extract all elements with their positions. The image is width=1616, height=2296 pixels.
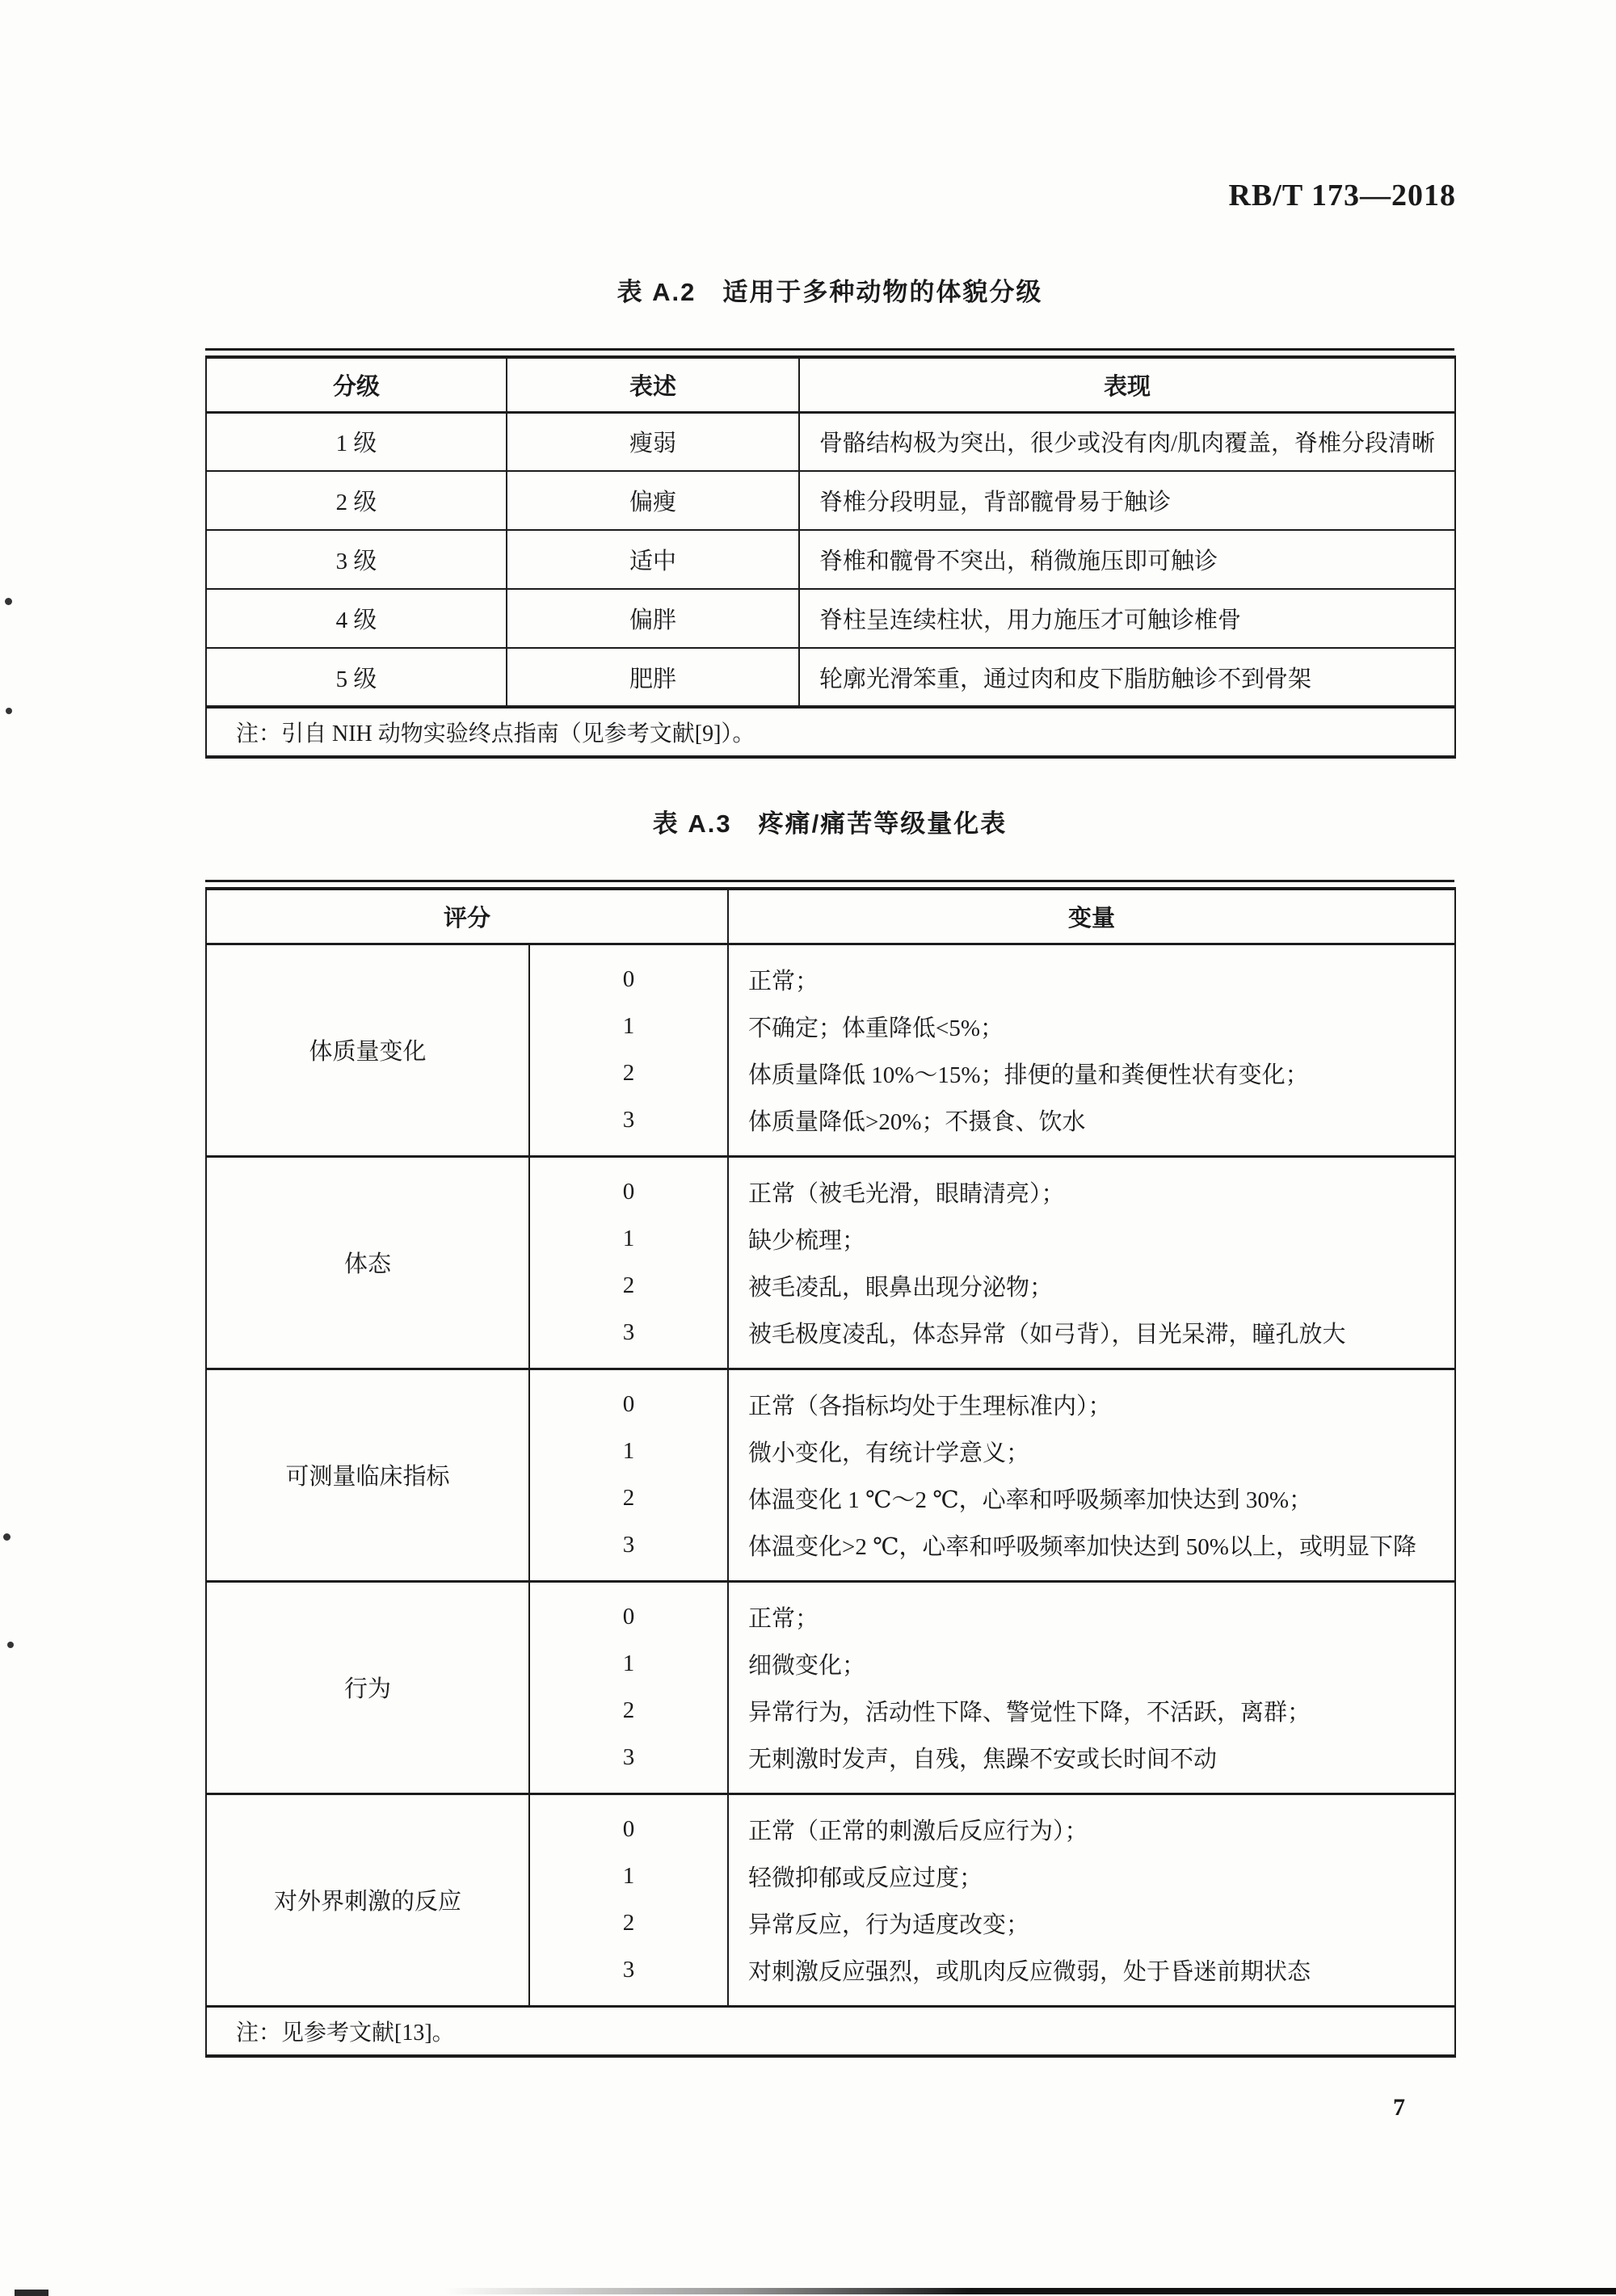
table-row: 可测量临床指标 0 1 2 3 正常（各指标均处于生理标准内）； 微小变化，有统… bbox=[206, 1369, 1455, 1581]
grade-cell: 1 级 bbox=[206, 412, 507, 471]
score-value: 2 bbox=[530, 1050, 727, 1097]
table-row: 2 级 偏瘦 脊椎分段明显，背部髋骨易于触诊 bbox=[206, 471, 1455, 530]
table-a2: 分级 表述 表现 1 级 瘦弱 骨骼结构极为突出，很少或没有肉/肌肉覆盖，脊椎分… bbox=[205, 355, 1456, 759]
term-cell: 肥胖 bbox=[507, 648, 799, 707]
variable-line: 被毛凌乱，眼鼻出现分泌物； bbox=[729, 1263, 1454, 1310]
score-value: 3 bbox=[530, 1310, 727, 1356]
score-value: 0 bbox=[530, 1806, 727, 1853]
variable-line: 不确定；体重降低<5%； bbox=[729, 1003, 1454, 1050]
variable-line: 正常（各指标均处于生理标准内）； bbox=[729, 1381, 1454, 1428]
term-cell: 偏瘦 bbox=[507, 471, 799, 530]
table-row: 体态 0 1 2 3 正常（被毛光滑，眼睛清亮）； 缺少梳理； 被毛凌乱，眼鼻出… bbox=[206, 1156, 1455, 1369]
score-value: 0 bbox=[530, 957, 727, 1003]
score-value: 3 bbox=[530, 1522, 727, 1569]
term-cell: 瘦弱 bbox=[507, 412, 799, 471]
table-row: 体质量变化 0 1 2 3 正常； 不确定；体重降低<5%； 体质量降低 10%… bbox=[206, 944, 1455, 1156]
score-cell: 0 1 2 3 bbox=[529, 1581, 728, 1793]
a3-header-score: 评分 bbox=[206, 889, 728, 944]
table-row: 1 级 瘦弱 骨骼结构极为突出，很少或没有肉/肌肉覆盖，脊椎分段清晰 bbox=[206, 412, 1455, 471]
variable-cell: 正常（正常的刺激后反应行为）； 轻微抑郁或反应过度； 异常反应，行为适度改变； … bbox=[728, 1793, 1455, 2006]
scan-edge-line bbox=[444, 2288, 1616, 2294]
table-row: 3 级 适中 脊椎和髋骨不突出，稍微施压即可触诊 bbox=[206, 530, 1455, 589]
grade-cell: 2 级 bbox=[206, 471, 507, 530]
desc-cell: 骨骼结构极为突出，很少或没有肉/肌肉覆盖，脊椎分段清晰 bbox=[799, 412, 1455, 471]
variable-line: 体质量降低 10%～15%；排便的量和粪便性状有变化； bbox=[729, 1050, 1454, 1097]
a2-header-term: 表述 bbox=[507, 357, 799, 412]
table-note-row: 注：见参考文献[13]。 bbox=[206, 2006, 1455, 2056]
table-row: 5 级 肥胖 轮廓光滑笨重，通过肉和皮下脂肪触诊不到骨架 bbox=[206, 648, 1455, 707]
scan-speck bbox=[6, 708, 12, 714]
category-cell: 体质量变化 bbox=[206, 944, 529, 1156]
variable-line: 异常反应，行为适度改变； bbox=[729, 1900, 1454, 1947]
scan-speck bbox=[3, 1533, 11, 1541]
term-cell: 偏胖 bbox=[507, 589, 799, 648]
category-cell: 可测量临床指标 bbox=[206, 1369, 529, 1581]
variable-line: 正常（被毛光滑，眼睛清亮）； bbox=[729, 1169, 1454, 1216]
table-a3: 评分 变量 体质量变化 0 1 2 3 正常； 不确定；体重降低<5%； bbox=[205, 887, 1456, 2058]
variable-cell: 正常； 细微变化； 异常行为，活动性下降、警觉性下降，不活跃，离群； 无刺激时发… bbox=[728, 1581, 1455, 1793]
variable-cell: 正常（各指标均处于生理标准内）； 微小变化，有统计学意义； 体温变化 1 ℃～2… bbox=[728, 1369, 1455, 1581]
score-value: 3 bbox=[530, 1947, 727, 1994]
variable-cell: 正常； 不确定；体重降低<5%； 体质量降低 10%～15%；排便的量和粪便性状… bbox=[728, 944, 1455, 1156]
category-cell: 对外界刺激的反应 bbox=[206, 1793, 529, 2006]
score-value: 2 bbox=[530, 1900, 727, 1947]
variable-line: 正常； bbox=[729, 1594, 1454, 1641]
doc-number: RB/T 173—2018 bbox=[1228, 178, 1456, 213]
table-a2-title: 表 A.2 适用于多种动物的体貌分级 bbox=[205, 271, 1454, 308]
category-cell: 行为 bbox=[206, 1581, 529, 1793]
a2-note: 注：引自 NIH 动物实验终点指南（见参考文献[9]）。 bbox=[206, 707, 1455, 757]
variable-line: 正常； bbox=[729, 957, 1454, 1003]
variable-line: 体质量降低>20%；不摄食、饮水 bbox=[729, 1097, 1454, 1144]
desc-cell: 脊椎和髋骨不突出，稍微施压即可触诊 bbox=[799, 530, 1455, 589]
score-value: 1 bbox=[530, 1216, 727, 1263]
grade-cell: 5 级 bbox=[206, 648, 507, 707]
table-a2-header-row: 分级 表述 表现 bbox=[206, 357, 1455, 412]
table-a3-wrap: 评分 变量 体质量变化 0 1 2 3 正常； 不确定；体重降低<5%； bbox=[205, 880, 1454, 2058]
score-value: 3 bbox=[530, 1735, 727, 1781]
a2-header-grade: 分级 bbox=[206, 357, 507, 412]
table-row: 4 级 偏胖 脊柱呈连续柱状，用力施压才可触诊椎骨 bbox=[206, 589, 1455, 648]
score-cell: 0 1 2 3 bbox=[529, 944, 728, 1156]
variable-line: 被毛极度凌乱，体态异常（如弓背），目光呆滞，瞳孔放大 bbox=[729, 1310, 1454, 1356]
desc-cell: 轮廓光滑笨重，通过肉和皮下脂肪触诊不到骨架 bbox=[799, 648, 1455, 707]
term-cell: 适中 bbox=[507, 530, 799, 589]
a3-note: 注：见参考文献[13]。 bbox=[206, 2006, 1455, 2056]
variable-line: 异常行为，活动性下降、警觉性下降，不活跃，离群； bbox=[729, 1688, 1454, 1735]
score-value: 1 bbox=[530, 1641, 727, 1688]
scan-speck bbox=[5, 598, 12, 605]
table-a2-wrap: 分级 表述 表现 1 级 瘦弱 骨骼结构极为突出，很少或没有肉/肌肉覆盖，脊椎分… bbox=[205, 348, 1454, 759]
score-cell: 0 1 2 3 bbox=[529, 1369, 728, 1581]
score-value: 2 bbox=[530, 1475, 727, 1522]
variable-line: 正常（正常的刺激后反应行为）； bbox=[729, 1806, 1454, 1853]
table-row: 行为 0 1 2 3 正常； 细微变化； 异常行为，活动性下降、警觉性下降，不活… bbox=[206, 1581, 1455, 1793]
table-row: 对外界刺激的反应 0 1 2 3 正常（正常的刺激后反应行为）； 轻微抑郁或反应… bbox=[206, 1793, 1455, 2006]
variable-line: 对刺激反应强烈，或肌肉反应微弱，处于昏迷前期状态 bbox=[729, 1947, 1454, 1994]
table-a3-header-row: 评分 变量 bbox=[206, 889, 1455, 944]
a3-header-variable: 变量 bbox=[728, 889, 1455, 944]
category-cell: 体态 bbox=[206, 1156, 529, 1369]
table-a3-section: 表 A.3 疼痛/痛苦等级量化表 评分 变量 体质量变化 0 1 2 3 bbox=[205, 803, 1454, 2058]
desc-cell: 脊柱呈连续柱状，用力施压才可触诊椎骨 bbox=[799, 589, 1455, 648]
scan-corner-mark bbox=[15, 2290, 48, 2296]
scan-speck bbox=[7, 1642, 14, 1648]
grade-cell: 4 级 bbox=[206, 589, 507, 648]
variable-line: 微小变化，有统计学意义； bbox=[729, 1428, 1454, 1475]
variable-line: 无刺激时发声，自残，焦躁不安或长时间不动 bbox=[729, 1735, 1454, 1781]
variable-line: 体温变化 1 ℃～2 ℃，心率和呼吸频率加快达到 30%； bbox=[729, 1475, 1454, 1522]
score-value: 3 bbox=[530, 1097, 727, 1144]
score-value: 0 bbox=[530, 1169, 727, 1216]
score-cell: 0 1 2 3 bbox=[529, 1156, 728, 1369]
score-value: 2 bbox=[530, 1688, 727, 1735]
score-value: 0 bbox=[530, 1381, 727, 1428]
variable-line: 缺少梳理； bbox=[729, 1216, 1454, 1263]
desc-cell: 脊椎分段明显，背部髋骨易于触诊 bbox=[799, 471, 1455, 530]
page-number: 7 bbox=[1393, 2094, 1405, 2121]
variable-line: 轻微抑郁或反应过度； bbox=[729, 1853, 1454, 1900]
variable-line: 体温变化>2 ℃，心率和呼吸频率加快达到 50%以上，或明显下降 bbox=[729, 1522, 1454, 1569]
score-value: 1 bbox=[530, 1428, 727, 1475]
grade-cell: 3 级 bbox=[206, 530, 507, 589]
variable-line: 细微变化； bbox=[729, 1641, 1454, 1688]
score-value: 1 bbox=[530, 1003, 727, 1050]
score-value: 0 bbox=[530, 1594, 727, 1641]
table-a3-title: 表 A.3 疼痛/痛苦等级量化表 bbox=[205, 803, 1454, 839]
score-value: 1 bbox=[530, 1853, 727, 1900]
variable-cell: 正常（被毛光滑，眼睛清亮）； 缺少梳理； 被毛凌乱，眼鼻出现分泌物； 被毛极度凌… bbox=[728, 1156, 1455, 1369]
score-value: 2 bbox=[530, 1263, 727, 1310]
table-a2-section: 表 A.2 适用于多种动物的体貌分级 分级 表述 表现 1 级 瘦弱 骨骼结构极… bbox=[205, 271, 1454, 759]
a2-header-desc: 表现 bbox=[799, 357, 1455, 412]
table-note-row: 注：引自 NIH 动物实验终点指南（见参考文献[9]）。 bbox=[206, 707, 1455, 757]
score-cell: 0 1 2 3 bbox=[529, 1793, 728, 2006]
